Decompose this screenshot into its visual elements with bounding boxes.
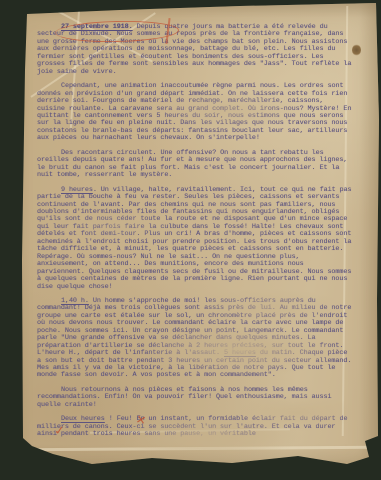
document-page: 27 septembre 1918. Depuis quatre jours m…	[0, 0, 381, 480]
paragraph-1: 27 septembre 1918. Depuis quatre jours m…	[37, 24, 355, 76]
paper-fold	[24, 446, 374, 451]
paragraph-3: Des racontars circulent. Une offensive? …	[37, 150, 355, 180]
typewritten-text: 27 septembre 1918. Depuis quatre jours m…	[37, 24, 355, 446]
paragraph-2: Cependant, une animation inaccoutumée rè…	[37, 83, 355, 143]
scan-background: 27 septembre 1918. Depuis quatre jours m…	[0, 0, 381, 480]
paragraph-7: Deux heures ! Feu! En un instant, un for…	[37, 416, 355, 438]
paragraph-5: 1,40 h. Un homme s'approche de moi! les …	[37, 298, 355, 380]
paragraph-6-text: Nous retournons à nos pièces et faisons …	[37, 386, 331, 409]
paragraph-3-text: Des racontars circulent. Une offensive? …	[37, 149, 347, 179]
paragraph-4-text: . Un village, halte, ravitaillement. Ici…	[37, 186, 351, 291]
paragraph-2-text: Cependant, une animation inaccoutumée rè…	[37, 82, 351, 142]
paragraph-1-text: Depuis quatre jours ma batterie a été re…	[37, 23, 351, 76]
paragraph-6: Nous retournons à nos pièces et faisons …	[37, 387, 355, 409]
paragraph-4: 9 heures. Un village, halte, ravitaillem…	[37, 187, 355, 291]
